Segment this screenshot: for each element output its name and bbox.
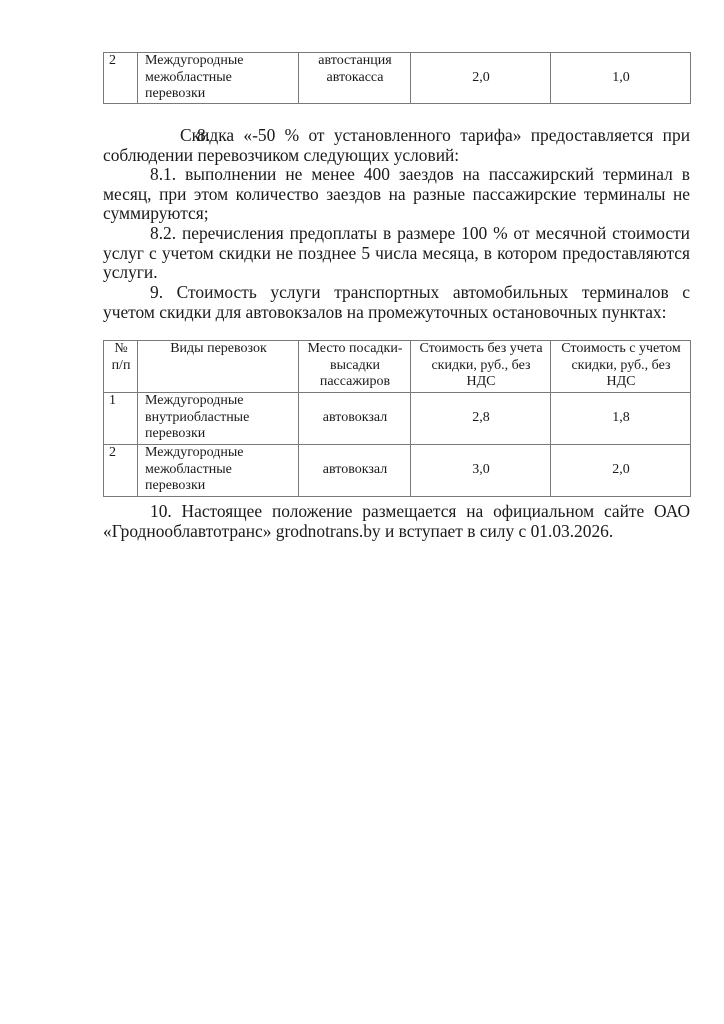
header-place: Место посадки-высадки пассажиров <box>299 341 411 393</box>
boarding-place: автовокзал <box>299 445 411 497</box>
boarding-place: автостанция автокасса <box>299 53 411 104</box>
transport-type: Междугородные межобластные перевозки <box>138 53 299 104</box>
paragraph-10: 10. Настоящее положение размещается на о… <box>103 502 690 541</box>
price-with-discount: 1,8 <box>551 393 691 445</box>
price-without-discount: 3,0 <box>411 445 551 497</box>
table-row: 2 Междугородные межобластные перевозки а… <box>104 445 691 497</box>
paragraph-9: 9. Стоимость услуги транспортных автомоб… <box>103 283 690 322</box>
row-number: 1 <box>104 393 138 445</box>
paragraph-8-text: Скидка «-50 % от установленного тарифа» … <box>103 125 690 165</box>
paragraph-8: 8.Скидка «-50 % от установленного тарифа… <box>103 126 690 165</box>
row-number: 2 <box>104 445 138 497</box>
header-price-with-discount: Стоимость с учетом скидки, руб., без НДС <box>551 341 691 393</box>
price-with-discount: 2,0 <box>551 445 691 497</box>
row-number: 2 <box>104 53 138 104</box>
header-num: № п/п <box>104 341 138 393</box>
header-price-without-discount: Стоимость без учета скидки, руб., без НД… <box>411 341 551 393</box>
price-with-discount: 1,0 <box>551 53 691 104</box>
tariff-table-continued: 2 Междугородные межобластные перевозки а… <box>103 52 691 104</box>
paragraph-8-2: 8.2. перечисления предоплаты в размере 1… <box>103 224 690 283</box>
price-without-discount: 2,8 <box>411 393 551 445</box>
boarding-place: автовокзал <box>299 393 411 445</box>
paragraph-8-number: 8. <box>150 126 180 146</box>
transport-type: Междугородные внутриобластные перевозки <box>138 393 299 445</box>
table-header-row: № п/п Виды перевозок Место посадки-высад… <box>104 341 691 393</box>
transport-type: Междугородные межобластные перевозки <box>138 445 299 497</box>
paragraph-8-1: 8.1. выполнении не менее 400 заездов на … <box>103 165 690 224</box>
price-without-discount: 2,0 <box>411 53 551 104</box>
header-type: Виды перевозок <box>138 341 299 393</box>
discount-tariff-table: № п/п Виды перевозок Место посадки-высад… <box>103 340 691 497</box>
table-row: 1 Междугородные внутриобластные перевозк… <box>104 393 691 445</box>
table-row: 2 Междугородные межобластные перевозки а… <box>104 53 691 104</box>
